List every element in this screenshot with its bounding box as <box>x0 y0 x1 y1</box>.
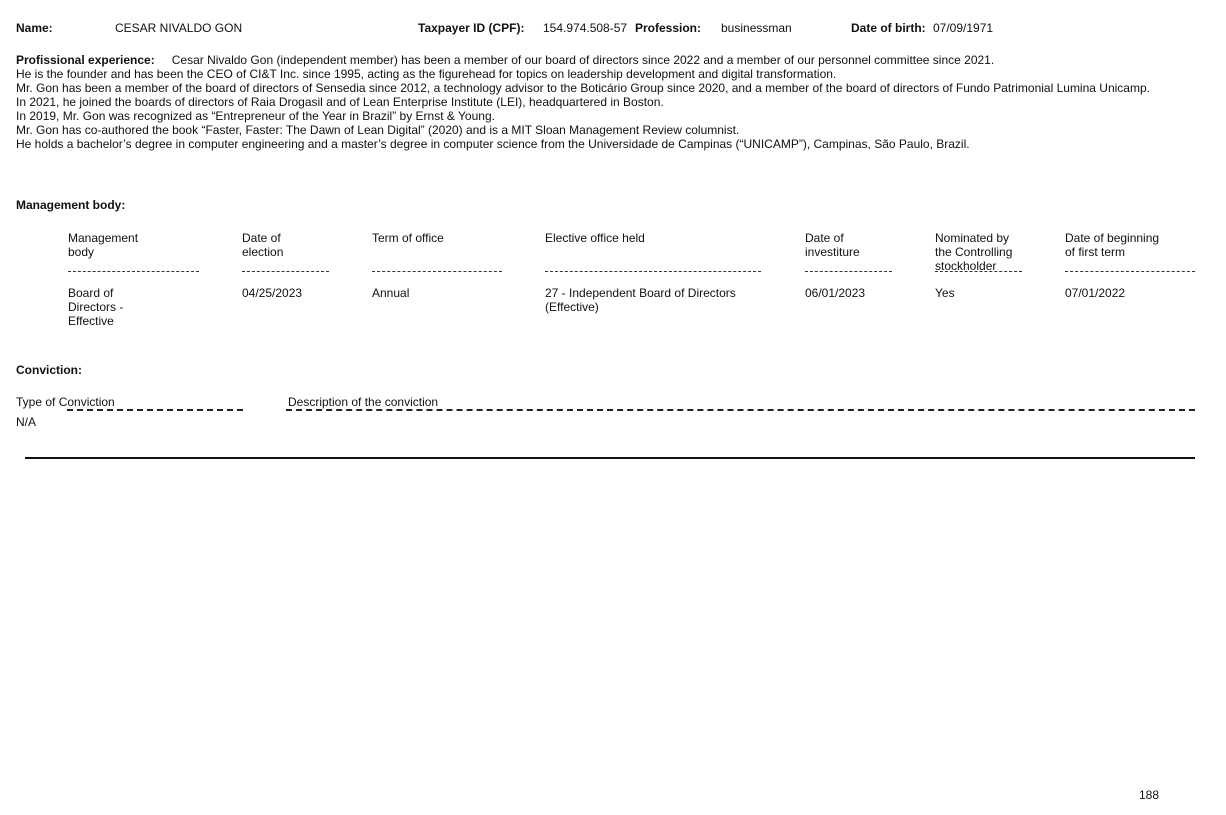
experience-line: In 2019, Mr. Gon was recognized as “Entr… <box>16 109 1150 123</box>
conviction-description-header: Description of the conviction <box>288 395 438 409</box>
conviction-type-header: Type of Conviction <box>16 395 115 409</box>
experience-label: Profissional experience: <box>16 53 155 67</box>
election-date-column: Date of election 04/25/2023 <box>242 231 329 300</box>
conviction-description-rule <box>286 409 1195 411</box>
management-column: Management body Board of Directors - Eff… <box>68 231 199 328</box>
table-cell: 27 - Independent Board of Directors (Eff… <box>545 286 745 314</box>
table-cell: 07/01/2022 <box>1065 286 1195 300</box>
experience-line: In 2021, he joined the boards of directo… <box>16 95 1150 109</box>
profession-value: businessman <box>721 21 792 35</box>
table-cell: 06/01/2023 <box>805 286 892 300</box>
date-of-birth-label: Date of birth: <box>851 21 926 35</box>
name-label: Name: <box>16 21 53 35</box>
column-header: Date of beginning of first term <box>1065 231 1170 273</box>
column-header: Date of election <box>242 231 302 273</box>
elective-office-column: Elective office held 27 - Independent Bo… <box>545 231 761 314</box>
column-header: Management body <box>68 231 158 273</box>
experience-line: He is the founder and has been the CEO o… <box>16 67 1150 81</box>
column-rule <box>68 271 199 272</box>
date-of-birth-value: 07/09/1971 <box>933 21 993 35</box>
profession-label: Profession: <box>635 21 701 35</box>
experience-line: He holds a bachelor’s degree in computer… <box>16 137 1150 151</box>
column-rule <box>545 271 761 272</box>
conviction-type-value: N/A <box>16 415 36 429</box>
experience-line: Profissional experience:Cesar Nivaldo Go… <box>16 53 1150 67</box>
experience-line: Mr. Gon has been a member of the board o… <box>16 81 1150 95</box>
page-number: 188 <box>1139 788 1159 802</box>
table-cell: Annual <box>372 286 502 300</box>
investiture-date-column: Date of investiture 06/01/2023 <box>805 231 892 300</box>
taxpayer-id-value: 154.974.508-57 <box>543 21 627 35</box>
table-cell: Yes <box>935 286 1022 300</box>
column-header: Term of office <box>372 231 502 273</box>
section-divider <box>25 457 1195 459</box>
conviction-title: Conviction: <box>16 363 82 377</box>
column-header: Nominated by the Controlling stockholder <box>935 231 1025 273</box>
conviction-type-rule <box>67 409 243 411</box>
experience-line: Mr. Gon has co-authored the book “Faster… <box>16 123 1150 137</box>
column-rule <box>805 271 892 272</box>
nominated-column: Nominated by the Controlling stockholder… <box>935 231 1022 300</box>
column-header: Date of investiture <box>805 231 875 273</box>
term-of-office-column: Term of office Annual <box>372 231 502 300</box>
first-term-date-column: Date of beginning of first term 07/01/20… <box>1065 231 1195 300</box>
name-value: CESAR NIVALDO GON <box>115 21 242 35</box>
table-cell: 04/25/2023 <box>242 286 329 300</box>
professional-experience: Profissional experience:Cesar Nivaldo Go… <box>16 53 1150 151</box>
management-body-title: Management body: <box>16 198 125 212</box>
column-rule <box>1065 271 1195 272</box>
column-header: Elective office held <box>545 231 761 273</box>
table-cell: Board of Directors - Effective <box>68 286 138 328</box>
taxpayer-id-label: Taxpayer ID (CPF): <box>418 21 524 35</box>
column-rule <box>242 271 329 272</box>
column-rule <box>372 271 502 272</box>
